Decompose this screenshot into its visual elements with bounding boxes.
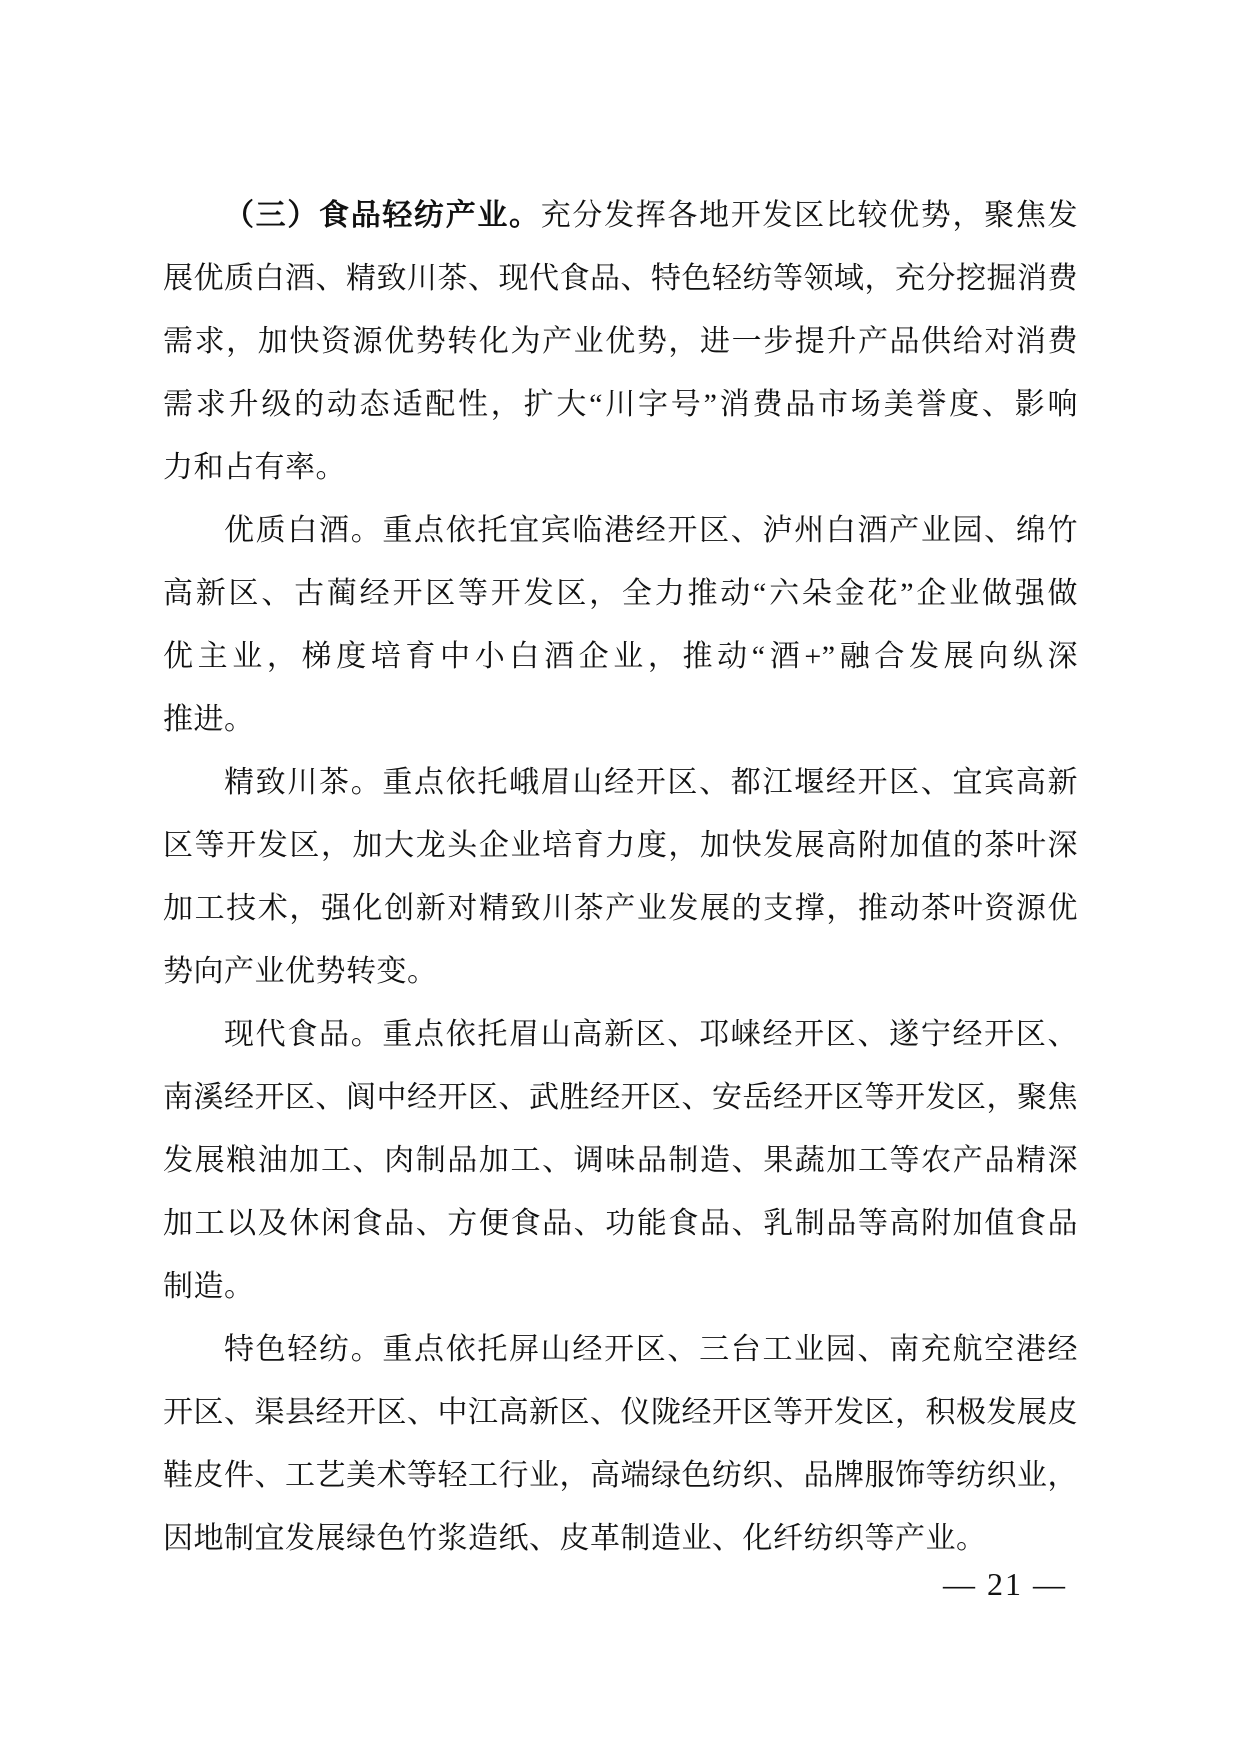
paragraph-lead: 精致川茶。: [224, 766, 382, 799]
page-number: — 21 —: [943, 1562, 1067, 1606]
text-line: 展优质白酒、精致川茶、现代食品、特色轻纺等领域，充分挖掘消费: [163, 247, 1078, 310]
text-line: 制造。: [163, 1255, 1078, 1318]
text-line: 力和占有率。: [163, 436, 1078, 499]
text-line: 加工以及休闲食品、方便食品、功能食品、乳制品等高附加值食品: [163, 1192, 1078, 1255]
text-line: 需求升级的动态适配性，扩大“川字号”消费品市场美誉度、影响: [163, 373, 1078, 436]
text-line: 发展粮油加工、肉制品加工、调味品制造、果蔬加工等农产品精深: [163, 1129, 1078, 1192]
text-line: 推进。: [163, 688, 1078, 751]
text-line: 开区、渠县经开区、中江高新区、仪陇经开区等开发区，积极发展皮: [163, 1381, 1078, 1444]
paragraph-modern-food: 现代食品。重点依托眉山高新区、邛崃经开区、遂宁经开区、 南溪经开区、阆中经开区、…: [163, 1003, 1078, 1318]
text-line: 特色轻纺。重点依托屏山经开区、三台工业园、南充航空港经: [163, 1318, 1078, 1381]
text-line: 优质白酒。重点依托宜宾临港经开区、泸州白酒产业园、绵竹: [163, 499, 1078, 562]
text-line: 优主业，梯度培育中小白酒企业，推动“酒+”融合发展向纵深: [163, 625, 1078, 688]
text-line: （三）食品轻纺产业。充分发挥各地开发区比较优势，聚焦发: [163, 184, 1078, 247]
text-line: 加工技术，强化创新对精致川茶产业发展的支撑，推动茶叶资源优: [163, 877, 1078, 940]
section-heading: （三）食品轻纺产业。: [224, 199, 541, 232]
text-line-rest: 充分发挥各地开发区比较优势，聚焦发: [541, 199, 1078, 232]
paragraph-light-textile: 特色轻纺。重点依托屏山经开区、三台工业园、南充航空港经 开区、渠县经开区、中江高…: [163, 1318, 1078, 1570]
text-line: 区等开发区，加大龙头企业培育力度，加快发展高附加值的茶叶深: [163, 814, 1078, 877]
text-line: 需求，加快资源优势转化为产业优势，进一步提升产品供给对消费: [163, 310, 1078, 373]
text-line: 因地制宜发展绿色竹浆造纸、皮革制造业、化纤纺织等产业。: [163, 1507, 1078, 1570]
paragraph-lead: 优质白酒。: [224, 514, 382, 547]
text-line: 高新区、古蔺经开区等开发区，全力推动“六朵金花”企业做强做: [163, 562, 1078, 625]
paragraph-baijiu: 优质白酒。重点依托宜宾临港经开区、泸州白酒产业园、绵竹 高新区、古蔺经开区等开发…: [163, 499, 1078, 751]
text-line-rest: 重点依托宜宾临港经开区、泸州白酒产业园、绵竹: [382, 514, 1078, 547]
document-page: （三）食品轻纺产业。充分发挥各地开发区比较优势，聚焦发 展优质白酒、精致川茶、现…: [0, 0, 1240, 1754]
text-line: 现代食品。重点依托眉山高新区、邛崃经开区、遂宁经开区、: [163, 1003, 1078, 1066]
paragraph-lead: 现代食品。: [224, 1018, 382, 1051]
body-text: （三）食品轻纺产业。充分发挥各地开发区比较优势，聚焦发 展优质白酒、精致川茶、现…: [163, 184, 1078, 1570]
text-line: 势向产业优势转变。: [163, 940, 1078, 1003]
text-line-rest: 重点依托眉山高新区、邛崃经开区、遂宁经开区、: [382, 1018, 1078, 1051]
text-line: 南溪经开区、阆中经开区、武胜经开区、安岳经开区等开发区，聚焦: [163, 1066, 1078, 1129]
text-line-rest: 重点依托峨眉山经开区、都江堰经开区、宜宾高新: [382, 766, 1078, 799]
paragraph-lead: 特色轻纺。: [224, 1333, 382, 1366]
text-line-rest: 重点依托屏山经开区、三台工业园、南充航空港经: [382, 1333, 1078, 1366]
text-line: 鞋皮件、工艺美术等轻工行业，高端绿色纺织、品牌服饰等纺织业，: [163, 1444, 1078, 1507]
paragraph-food-light-textile: （三）食品轻纺产业。充分发挥各地开发区比较优势，聚焦发 展优质白酒、精致川茶、现…: [163, 184, 1078, 499]
text-line: 精致川茶。重点依托峨眉山经开区、都江堰经开区、宜宾高新: [163, 751, 1078, 814]
paragraph-tea: 精致川茶。重点依托峨眉山经开区、都江堰经开区、宜宾高新 区等开发区，加大龙头企业…: [163, 751, 1078, 1003]
